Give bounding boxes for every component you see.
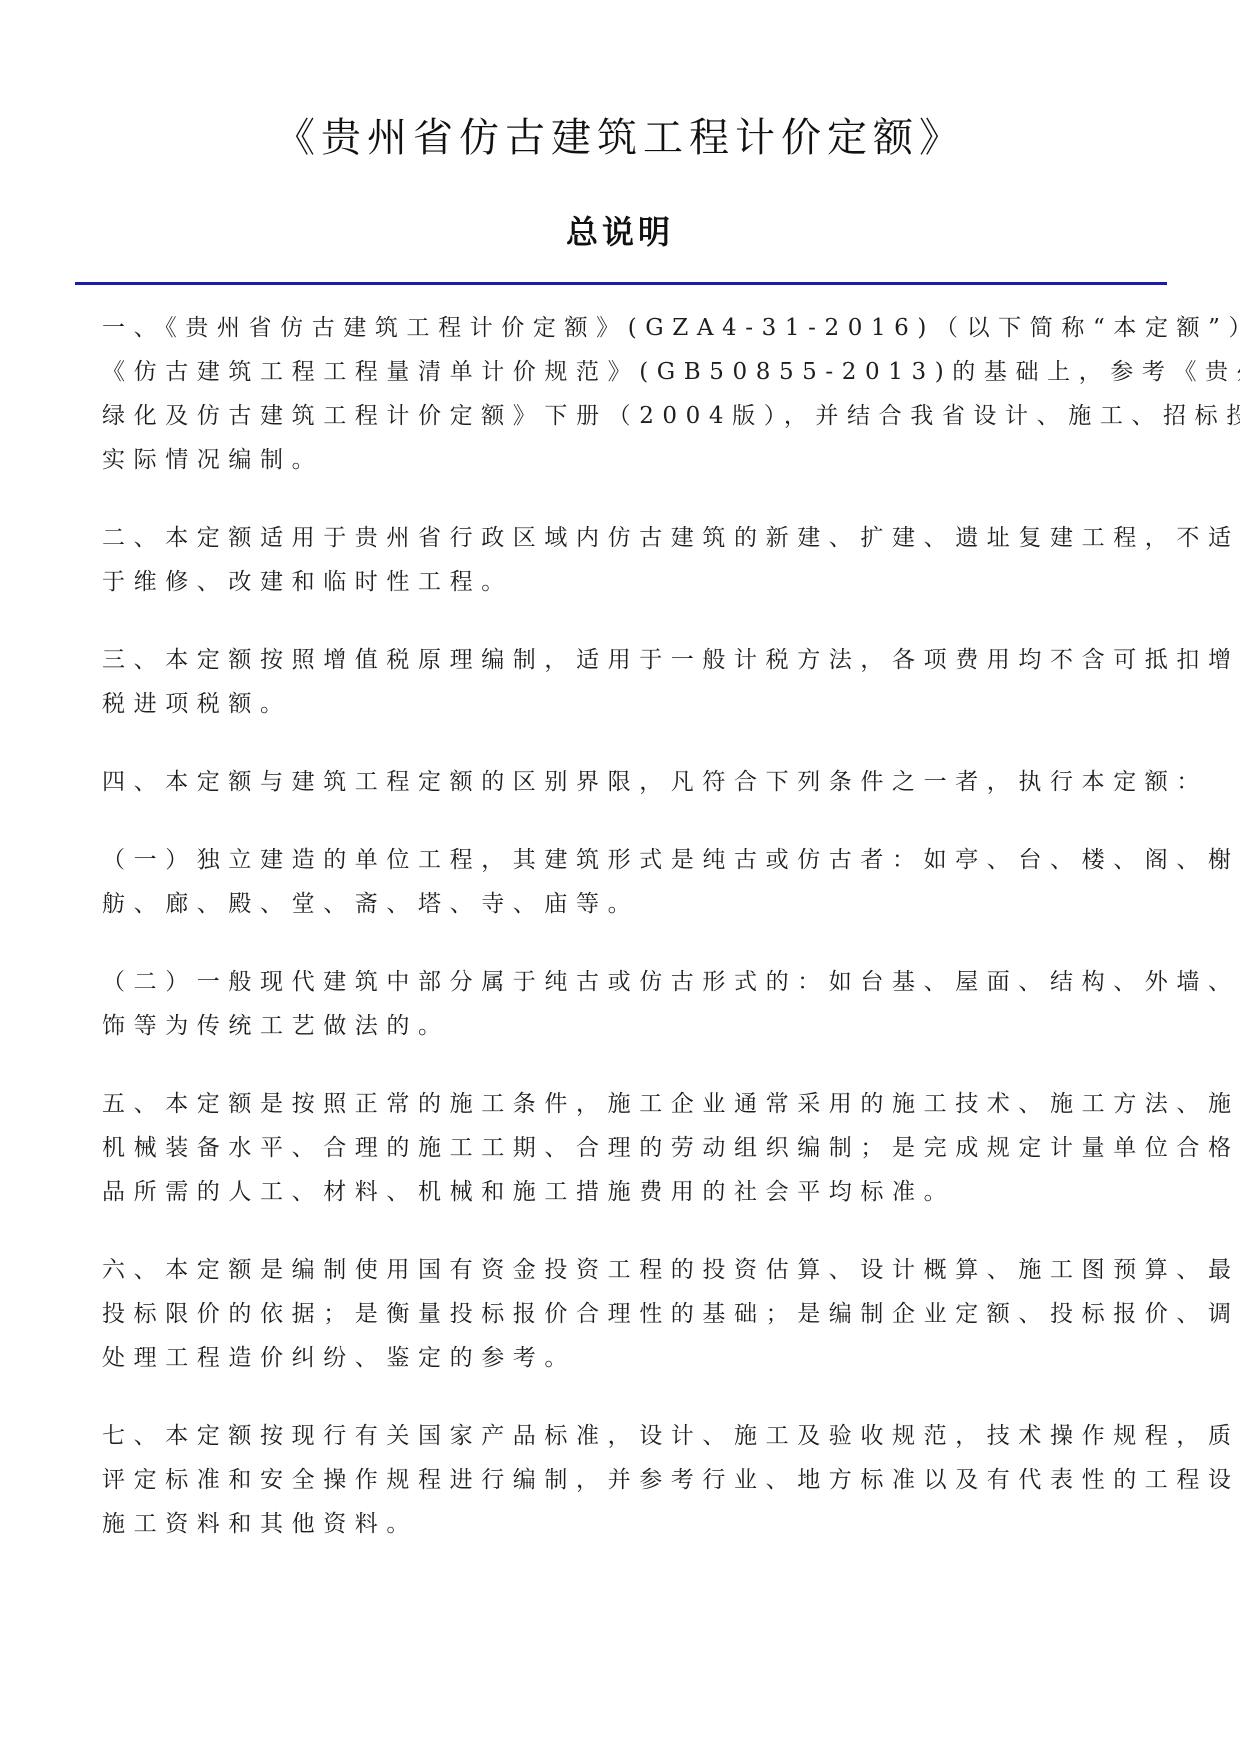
paragraph-7: 七、本定额按现行有关国家产品标准，设计、施工及验收规范，技术操作规程，质量 评定… bbox=[102, 1414, 1150, 1546]
header-divider bbox=[75, 282, 1167, 285]
paragraph-5: 五、本定额是按照正常的施工条件，施工企业通常采用的施工技术、施工方法、施工 机械… bbox=[102, 1082, 1150, 1214]
paragraph-4-item-2: （二）一般现代建筑中部分属于纯古或仿古形式的：如台基、屋面、结构、外墙、装 饰等… bbox=[102, 960, 1150, 1048]
paragraph-line: 投标限价的依据；是衡量投标报价合理性的基础；是编制企业定额、投标报价、调解 bbox=[102, 1292, 1150, 1336]
paragraph-line: 《仿古建筑工程工程量清单计价规范》(GB50855-2013)的基础上，参考《贵… bbox=[102, 350, 1150, 394]
paragraph-line: 于维修、改建和临时性工程。 bbox=[102, 560, 1150, 604]
paragraph-line: 四、本定额与建筑工程定额的区别界限，凡符合下列条件之一者，执行本定额： bbox=[102, 760, 1150, 804]
paragraph-3: 三、本定额按照增值税原理编制，适用于一般计税方法，各项费用均不含可抵扣增值 税进… bbox=[102, 638, 1150, 726]
paragraph-line: 饰等为传统工艺做法的。 bbox=[102, 1004, 1150, 1048]
paragraph-line: 舫、廊、殿、堂、斋、塔、寺、庙等。 bbox=[102, 882, 1150, 926]
paragraph-line: 施工资料和其他资料。 bbox=[102, 1502, 1150, 1546]
paragraph-4: 四、本定额与建筑工程定额的区别界限，凡符合下列条件之一者，执行本定额： bbox=[102, 760, 1150, 804]
document-body: 一、《贵州省仿古建筑工程计价定额》(GZA4-31-2016)（以下简称“本定额… bbox=[102, 306, 1150, 1580]
paragraph-line: 五、本定额是按照正常的施工条件，施工企业通常采用的施工技术、施工方法、施工 bbox=[102, 1082, 1150, 1126]
paragraph-line: 七、本定额按现行有关国家产品标准，设计、施工及验收规范，技术操作规程，质量 bbox=[102, 1414, 1150, 1458]
paragraph-line: 评定标准和安全操作规程进行编制，并参考行业、地方标准以及有代表性的工程设计、 bbox=[102, 1458, 1150, 1502]
paragraph-line: 机械装备水平、合理的施工工期、合理的劳动组织编制；是完成规定计量单位合格产 bbox=[102, 1126, 1150, 1170]
paragraph-line: 二、本定额适用于贵州省行政区域内仿古建筑的新建、扩建、遗址复建工程，不适用 bbox=[102, 516, 1150, 560]
document-title: 《贵州省仿古建筑工程计价定额》 bbox=[0, 112, 1240, 164]
paragraph-line: 六、本定额是编制使用国有资金投资工程的投资估算、设计概算、施工图预算、最高 bbox=[102, 1248, 1150, 1292]
paragraph-2: 二、本定额适用于贵州省行政区域内仿古建筑的新建、扩建、遗址复建工程，不适用 于维… bbox=[102, 516, 1150, 604]
paragraph-1: 一、《贵州省仿古建筑工程计价定额》(GZA4-31-2016)（以下简称“本定额… bbox=[102, 306, 1150, 482]
paragraph-4-item-1: （一）独立建造的单位工程，其建筑形式是纯古或仿古者：如亭、台、楼、阁、榭、 舫、… bbox=[102, 838, 1150, 926]
section-heading: 总说明 bbox=[0, 210, 1240, 254]
paragraph-line: 品所需的人工、材料、机械和施工措施费用的社会平均标准。 bbox=[102, 1170, 1150, 1214]
paragraph-line: 实际情况编制。 bbox=[102, 438, 1150, 482]
paragraph-line: 税进项税额。 bbox=[102, 682, 1150, 726]
paragraph-line: 处理工程造价纠纷、鉴定的参考。 bbox=[102, 1336, 1150, 1380]
paragraph-line: （一）独立建造的单位工程，其建筑形式是纯古或仿古者：如亭、台、楼、阁、榭、 bbox=[102, 838, 1150, 882]
paragraph-line: 三、本定额按照增值税原理编制，适用于一般计税方法，各项费用均不含可抵扣增值 bbox=[102, 638, 1150, 682]
paragraph-line: （二）一般现代建筑中部分属于纯古或仿古形式的：如台基、屋面、结构、外墙、装 bbox=[102, 960, 1150, 1004]
paragraph-6: 六、本定额是编制使用国有资金投资工程的投资估算、设计概算、施工图预算、最高 投标… bbox=[102, 1248, 1150, 1380]
paragraph-line: 绿化及仿古建筑工程计价定额》下册（2004版），并结合我省设计、施工、招标投标 bbox=[102, 394, 1150, 438]
paragraph-line: 一、《贵州省仿古建筑工程计价定额》(GZA4-31-2016)（以下简称“本定额… bbox=[102, 306, 1150, 350]
